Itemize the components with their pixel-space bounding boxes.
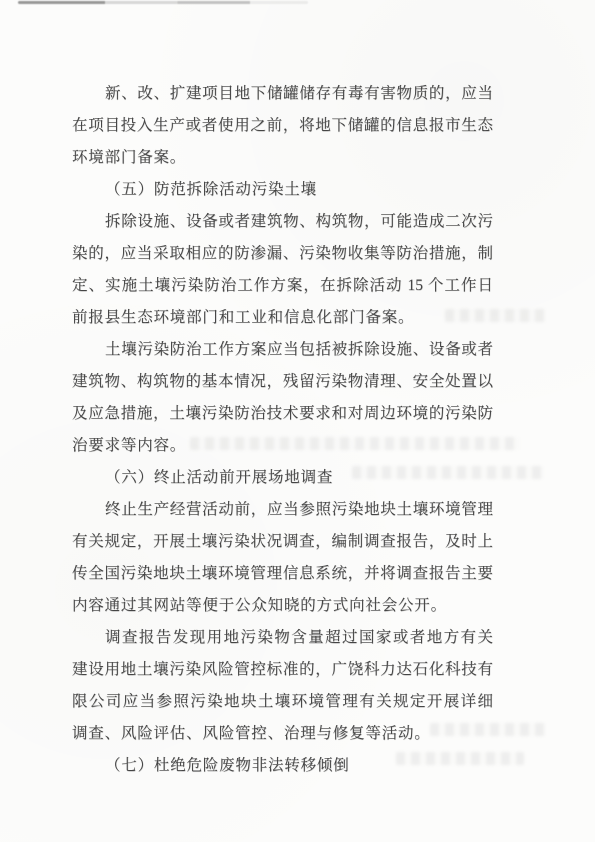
text-line: 前报县生态环境部门和工业和信息化部门备案。 (72, 302, 493, 334)
text-line: 终止生产经营活动前，应当参照污染地块土壤环境管理 (72, 494, 493, 526)
section-heading: （五）防范拆除活动污染土壤 (72, 174, 493, 206)
text-line: 调查报告发现用地污染物含量超过国家或者地方有关 (72, 622, 493, 654)
text-line: 内容通过其网站等便于公众知晓的方式向社会公开。 (72, 590, 493, 622)
text-line: 及应急措施，土壤污染防治技术要求和对周边环境的污染防 (72, 398, 493, 430)
text-line: 建筑物、构筑物的基本情况，残留污染物清理、安全处置以 (72, 366, 493, 398)
text-line: 拆除设施、设备或者建筑物、构筑物，可能造成二次污 (72, 206, 493, 238)
scan-artifact-top-edge (18, 1, 308, 4)
text-line: 环境部门备案。 (72, 142, 493, 174)
text-line: 新、改、扩建项目地下储罐储存有毒有害物质的，应当 (72, 78, 493, 110)
text-line: 有关规定，开展土壤污染状况调查，编制调查报告，及时上 (72, 526, 493, 558)
text-line: 染的，应当采取相应的防渗漏、污染物收集等防治措施，制 (72, 238, 493, 270)
scan-artifact-bleedthrough (190, 437, 520, 450)
text-line: 在项目投入生产或者使用之前，将地下储罐的信息报市生态 (72, 110, 493, 142)
text-line: 定、实施土壤污染防治工作方案，在拆除活动 15 个工作日 (72, 270, 493, 302)
scan-artifact-bleedthrough (430, 723, 545, 736)
scan-artifact-bleedthrough (445, 309, 545, 322)
document-page: 新、改、扩建项目地下储罐储存有毒有害物质的，应当 在项目投入生产或者使用之前，将… (0, 0, 595, 842)
text-line: 限公司应当参照污染地块土壤环境管理有关规定开展详细 (72, 686, 493, 718)
text-line: 传全国污染地块土壤环境管理信息系统，并将调查报告主要 (72, 558, 493, 590)
text-line: 建设用地土壤污染风险管控标准的，广饶科力达石化科技有 (72, 654, 493, 686)
document-text-block: 新、改、扩建项目地下储罐储存有毒有害物质的，应当 在项目投入生产或者使用之前，将… (72, 78, 493, 782)
text-line: 土壤污染防治工作方案应当包括被拆除设施、设备或者 (72, 334, 493, 366)
scan-artifact-bleedthrough (396, 752, 524, 765)
scan-artifact-bleedthrough (352, 466, 544, 479)
